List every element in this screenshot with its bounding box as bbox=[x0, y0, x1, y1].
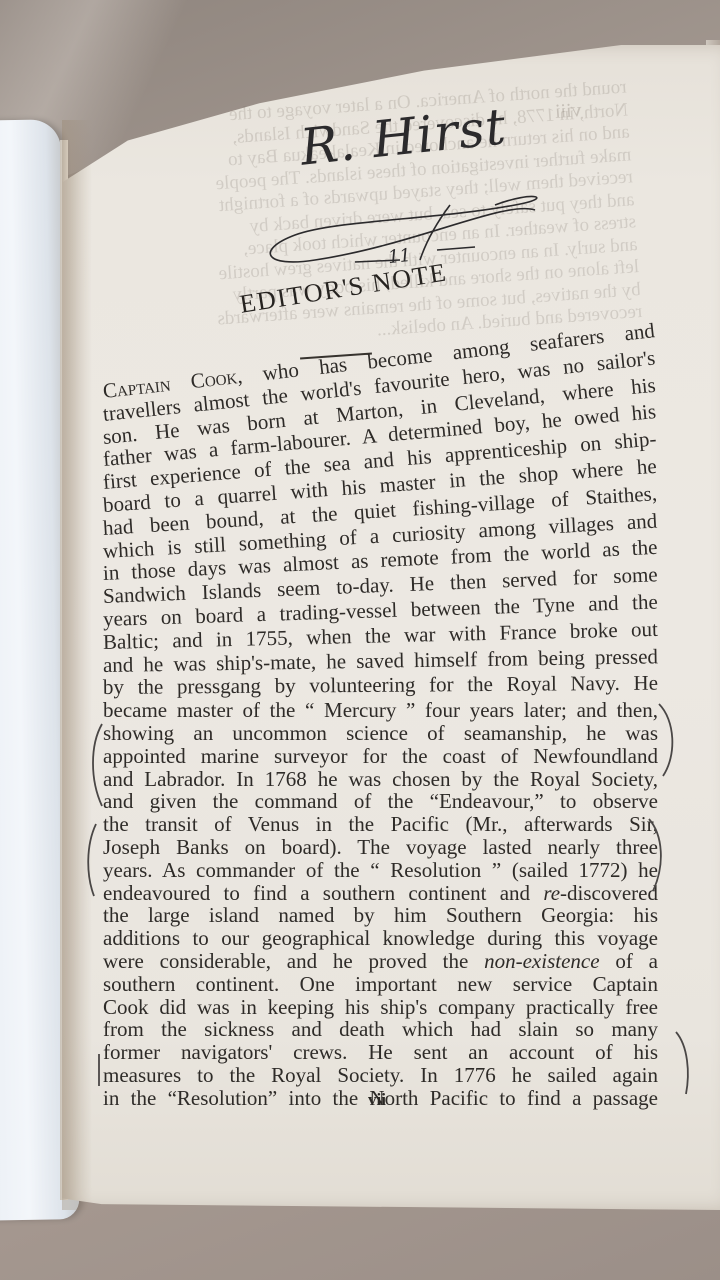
line-text: additions to our geographical knowledge … bbox=[103, 926, 658, 950]
text-line: southern continent. One important new se… bbox=[103, 973, 658, 996]
text-line: years. As commander of the “ Resolution … bbox=[103, 859, 658, 882]
pencil-bracket-left-icon bbox=[93, 1050, 105, 1090]
text-line: endeavoured to find a southern continent… bbox=[103, 882, 658, 905]
photo-scene: viii round the north of America. On a la… bbox=[0, 0, 720, 1280]
text-line: appointed marine surveyor for the coast … bbox=[103, 745, 658, 768]
line-text: former navigators' crews. He sent an acc… bbox=[103, 1040, 658, 1064]
text-line: measures to the Royal Society. In 1776 h… bbox=[103, 1064, 658, 1087]
text-line: showing an uncommon science of seamanshi… bbox=[103, 722, 658, 745]
text-line: and given the command of the “Endeavour,… bbox=[103, 790, 658, 813]
pencil-bracket-right-icon bbox=[655, 700, 679, 780]
line-text: years. As commander of the “ Resolution … bbox=[103, 858, 658, 882]
text-line: and Labrador. In 1768 he was chosen by t… bbox=[103, 768, 658, 791]
line-text: and Labrador. In 1768 he was chosen by t… bbox=[103, 767, 658, 791]
text-line: by the pressgang by volunteering for the… bbox=[103, 672, 658, 699]
line-text: the transit of Venus in the Pacific (Mr.… bbox=[103, 812, 658, 836]
line-text: Cook did was in keeping his ship's compa… bbox=[103, 995, 658, 1019]
line-text: the large island named by him Southern G… bbox=[103, 903, 658, 927]
italic-word: non-existence bbox=[484, 949, 599, 973]
line-text: showing an uncommon science of seamanshi… bbox=[103, 721, 658, 745]
text-line: Cook did was in keeping his ship's compa… bbox=[103, 996, 658, 1019]
pencil-bracket-right-icon bbox=[672, 1028, 696, 1098]
line-text: became master of the “ Mercury ” four ye… bbox=[103, 698, 658, 722]
line-text: southern continent. One important new se… bbox=[103, 972, 658, 996]
text-line: were considerable, and he proved the non… bbox=[103, 950, 658, 973]
line-prefix: were considerable, and he proved the bbox=[103, 949, 484, 973]
text-line: the transit of Venus in the Pacific (Mr.… bbox=[103, 813, 658, 836]
line-prefix: endeavoured to find a southern continent… bbox=[103, 881, 543, 905]
line-text: of a bbox=[600, 949, 658, 973]
pencil-bracket-right-icon bbox=[645, 815, 669, 895]
line-text: measures to the Royal Society. In 1776 h… bbox=[103, 1063, 658, 1087]
pencil-bracket-left-icon bbox=[88, 720, 108, 810]
body-text: Captain Cook, who has become among seafa… bbox=[103, 380, 658, 1110]
pencil-bracket-left-icon bbox=[82, 820, 102, 900]
text-line: from the sickness and death which had sl… bbox=[103, 1018, 658, 1041]
line-text: and given the command of the “Endeavour,… bbox=[103, 789, 658, 813]
text-line: additions to our geographical knowledge … bbox=[103, 927, 658, 950]
line-text: by the pressgang by volunteering for the… bbox=[103, 671, 658, 699]
italic-word: re bbox=[543, 881, 560, 905]
text-line: the large island named by him Southern G… bbox=[103, 904, 658, 927]
text-line: Joseph Banks on board). The voyage laste… bbox=[103, 836, 658, 859]
text-line: former navigators' crews. He sent an acc… bbox=[103, 1041, 658, 1064]
page-content: viii round the north of America. On a la… bbox=[0, 0, 720, 1280]
line-text: -discovered bbox=[560, 881, 658, 905]
line-text: Joseph Banks on board). The voyage laste… bbox=[103, 835, 658, 859]
line-text: appointed marine surveyor for the coast … bbox=[103, 744, 658, 768]
text-line: became master of the “ Mercury ” four ye… bbox=[103, 699, 658, 722]
page-number: vii bbox=[368, 1090, 386, 1110]
line-text: from the sickness and death which had sl… bbox=[103, 1017, 658, 1041]
